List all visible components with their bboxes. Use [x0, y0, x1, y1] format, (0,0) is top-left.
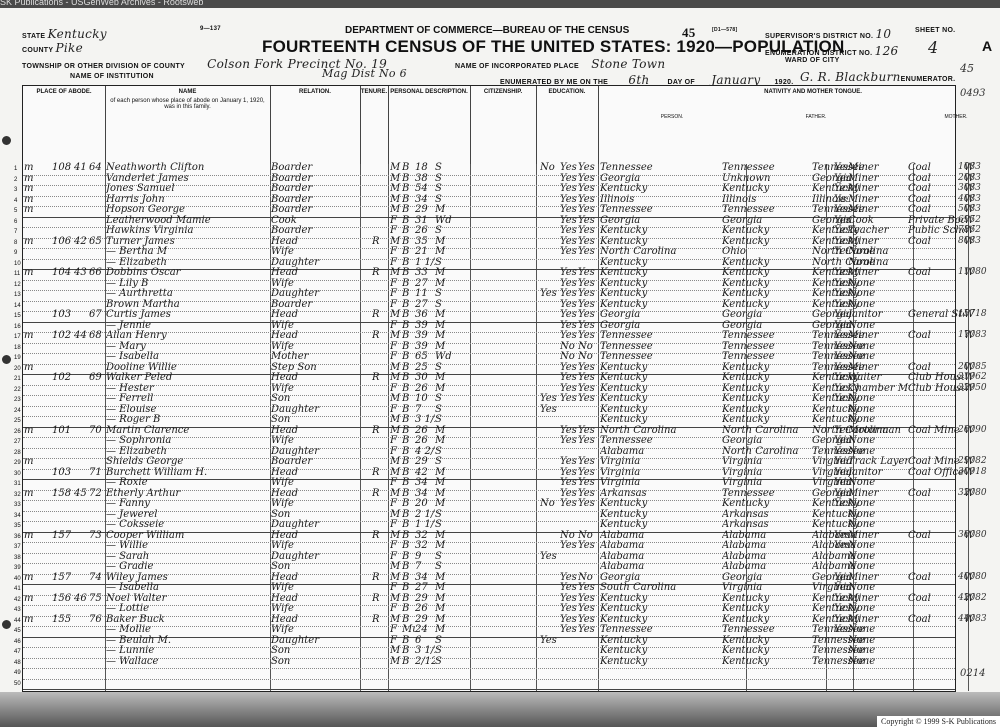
cell-marital: S [435, 404, 455, 415]
cell-fpob: Alabama [722, 561, 822, 572]
cell-fpob: Georgia [722, 320, 822, 331]
cell-rel: Cook [271, 215, 359, 226]
cell-race: B [402, 603, 415, 614]
line-number: 7 [14, 229, 17, 235]
cell-school: Yes [540, 288, 560, 299]
cell-rel: Daughter [271, 519, 359, 530]
line-number: 11 [14, 271, 20, 277]
cell-rel: Daughter [271, 551, 359, 562]
cell-street: m [24, 330, 38, 341]
line-number: 44 [14, 618, 21, 624]
cell-school: Yes [540, 393, 560, 404]
cell-fpob: Georgia [722, 435, 822, 446]
cell-industry: Public School [908, 225, 964, 236]
cell-name: — Mary [106, 341, 269, 352]
cell-rel: Head [271, 530, 359, 541]
cell-sex: M [390, 173, 402, 184]
cell-fpob: Georgia [722, 215, 822, 226]
cell-read: Yes [560, 236, 578, 247]
occupation-code: 4083 [958, 194, 981, 204]
cell-age: 29 [415, 614, 435, 625]
occupation-code: 1083 [958, 162, 981, 172]
cell-sex: M [390, 309, 402, 320]
cell-tenure: R [372, 530, 386, 541]
cell-eng: Yes [834, 477, 848, 488]
cell-race: B [402, 551, 415, 562]
cell-write: Yes [578, 362, 596, 373]
cell-read: No [560, 530, 578, 541]
cell-fpob: Kentucky [722, 183, 822, 194]
cell-write: Yes [578, 225, 596, 236]
cell-pob: North Carolina [600, 246, 700, 257]
cell-race: Mu [402, 624, 415, 635]
cell-fpob: Kentucky [722, 288, 822, 299]
cell-marital: M [435, 467, 455, 478]
cell-fpob: Kentucky [722, 414, 822, 425]
cell-pob: Virginia [600, 467, 700, 478]
cell-age: 9 [415, 551, 435, 562]
cell-marital: S [435, 446, 455, 457]
cell-fpob: Virginia [722, 477, 822, 488]
cell-sex: F [390, 540, 402, 551]
cell-race: B [402, 498, 415, 509]
line-number: 40 [14, 576, 21, 582]
cell-name: — Coksseie [106, 519, 269, 530]
cell-dwelling: 156 [52, 593, 74, 604]
cell-industry: Coal [908, 267, 964, 278]
cell-visit: 65 [89, 236, 104, 247]
cell-eng: Yes [834, 582, 848, 593]
cell-trade: None [848, 257, 908, 268]
cell-marital: M [435, 614, 455, 625]
cell-race: B [402, 488, 415, 499]
cell-fpob: Georgia [722, 572, 822, 583]
cell-race: B [402, 194, 415, 205]
cell-marital: M [435, 603, 455, 614]
cell-age: 65 [415, 351, 435, 362]
cell-age: 38 [415, 173, 435, 184]
cell-pob: Tennessee [600, 624, 700, 635]
cell-eng: Yes [834, 603, 848, 614]
cell-name: — Mollie [106, 624, 269, 635]
cell-industry: Coal [908, 173, 964, 184]
cell-sex: F [390, 404, 402, 415]
cell-rel: Head [271, 267, 359, 278]
cell-fpob: Alabama [722, 530, 822, 541]
cell-pob: Virginia [600, 477, 700, 488]
cell-fpob: Kentucky [722, 393, 822, 404]
cell-read: Yes [560, 183, 578, 194]
cell-race: B [402, 656, 415, 667]
cell-age: 27 [415, 278, 435, 289]
cell-eng: Yes [834, 173, 848, 184]
cell-trade: None [848, 603, 908, 614]
cell-pob: Kentucky [600, 225, 700, 236]
line-number: 35 [14, 523, 21, 529]
cell-race: B [402, 309, 415, 320]
cell-read: Yes [560, 246, 578, 257]
cell-write: Yes [578, 593, 596, 604]
cell-street: m [24, 488, 38, 499]
cell-fpob: Alabama [722, 551, 822, 562]
cell-age: 26 [415, 425, 435, 436]
cell-sex: F [390, 278, 402, 289]
cell-write: Yes [578, 467, 596, 478]
cell-marital: M [435, 582, 455, 593]
cell-age: 3 1/2 [415, 414, 435, 425]
line-number: 31 [14, 481, 21, 487]
cell-eng: Yes [834, 246, 848, 257]
cell-rel: Head [271, 572, 359, 583]
cell-eng: Yes [834, 624, 848, 635]
cell-rel: Daughter [271, 288, 359, 299]
census-title: FOURTEENTH CENSUS OF THE UNITED STATES: … [262, 37, 844, 57]
cell-rel: Wife [271, 246, 359, 257]
cell-read: Yes [560, 477, 578, 488]
cell-write: Yes [578, 582, 596, 593]
cell-race: B [402, 215, 415, 226]
cell-read: Yes [560, 593, 578, 604]
cell-marital: M [435, 498, 455, 509]
cell-eng: Yes [834, 204, 848, 215]
cell-pob: Illinois [600, 194, 700, 205]
cell-name: Harris John [106, 194, 269, 205]
cell-pob: Kentucky [600, 288, 700, 299]
cell-trade: Miner [848, 593, 908, 604]
cell-industry: Coal [908, 572, 964, 583]
cell-fpob: Tennessee [722, 162, 822, 173]
cell-pob: Alabama [600, 551, 700, 562]
cell-dwelling: 158 [52, 488, 74, 499]
cell-marital: S [435, 414, 455, 425]
cell-race: B [402, 614, 415, 625]
cell-age: 26 [415, 435, 435, 446]
cell-marital: M [435, 246, 455, 257]
cell-rel: Son [271, 414, 359, 425]
line-number: 4 [14, 198, 17, 204]
line-number: 24 [14, 408, 21, 414]
cell-read: Yes [560, 498, 578, 509]
cell-rel: Daughter [271, 257, 359, 268]
cell-name: — Elizabeth [106, 257, 269, 268]
cell-eng: Yes [834, 215, 848, 226]
cell-race: B [402, 320, 415, 331]
cell-rel: Boarder [271, 225, 359, 236]
cell-rel: Daughter [271, 635, 359, 646]
column-divider [388, 164, 389, 691]
cell-fpob: Kentucky [722, 603, 822, 614]
cell-pob: Kentucky [600, 278, 700, 289]
cell-age: 26 [415, 603, 435, 614]
cell-race: B [402, 582, 415, 593]
occupation-code: 20085 [958, 362, 987, 372]
cell-trade: None [848, 404, 908, 415]
occupation-code: 36080 [958, 530, 987, 540]
state-value: Kentucky [48, 27, 107, 41]
cell-fpob: Kentucky [722, 635, 822, 646]
cell-sex: M [390, 204, 402, 215]
cell-sex: M [390, 330, 402, 341]
cell-write: Yes [578, 330, 596, 341]
cell-age: 18 [415, 162, 435, 173]
cell-pob: Tennessee [600, 162, 700, 173]
cell-pob: Georgia [600, 309, 700, 320]
cell-rel: Mother [271, 351, 359, 362]
cell-name: — Roxie [106, 477, 269, 488]
occupation-code: 17083 [958, 330, 987, 340]
cell-marital: M [435, 341, 455, 352]
cell-visit: 74 [89, 572, 104, 583]
cell-sex: F [390, 477, 402, 488]
cell-write: Yes [578, 372, 596, 383]
cell-name: Shields George [106, 456, 269, 467]
cell-marital: S [435, 519, 455, 530]
cell-pob: Tennessee [600, 204, 700, 215]
cell-pob: Alabama [600, 446, 700, 457]
cell-write: Yes [578, 288, 596, 299]
cell-pob: Kentucky [600, 614, 700, 625]
column-divider [536, 164, 537, 691]
line-number: 41 [14, 586, 21, 592]
cell-fpob: Illinois [722, 194, 822, 205]
cell-visit: 66 [89, 267, 104, 278]
line-number: 17 [14, 334, 21, 340]
cell-eng: Yes [834, 225, 848, 236]
cell-tenure: R [372, 488, 386, 499]
cell-age: 34 [415, 194, 435, 205]
cell-pob: Kentucky [600, 404, 700, 415]
cell-name: — Aurthretta [106, 288, 269, 299]
cell-industry: Coal [908, 183, 964, 194]
cell-read: Yes [560, 456, 578, 467]
cell-rel: Boarder [271, 162, 359, 173]
punch-hole [2, 136, 11, 145]
cell-name: Allan Henry [106, 330, 269, 341]
header-personal: PERSONAL DESCRIPTION. [388, 86, 471, 164]
cell-rel: Wife [271, 477, 359, 488]
cell-trade: None [848, 624, 908, 635]
cell-name: — Elouise [106, 404, 269, 415]
cell-write: Yes [578, 614, 596, 625]
cell-visit: 67 [89, 309, 104, 320]
cell-trade: Motorman [848, 425, 908, 436]
cell-trade: Miner [848, 236, 908, 247]
cell-rel: Wife [271, 624, 359, 635]
column-divider [360, 164, 361, 691]
cell-write: Yes [578, 603, 596, 614]
cell-rel: Daughter [271, 446, 359, 457]
cell-sex: M [390, 162, 402, 173]
cell-sex: F [390, 225, 402, 236]
cell-trade: Chamber Maid [848, 383, 908, 394]
cell-write: Yes [578, 236, 596, 247]
cell-race: B [402, 561, 415, 572]
cell-marital: M [435, 477, 455, 488]
cell-pob: Kentucky [600, 393, 700, 404]
cell-pob: Kentucky [600, 645, 700, 656]
cell-pob: South Carolina [600, 582, 700, 593]
cell-age: 39 [415, 330, 435, 341]
cell-trade: Miner [848, 173, 908, 184]
cell-trade: None [848, 278, 908, 289]
cell-school: No [540, 498, 560, 509]
cell-rel: Head [271, 372, 359, 383]
cell-eng: Yes [834, 530, 848, 541]
cell-read: Yes [560, 624, 578, 635]
line-number: 37 [14, 544, 21, 550]
cell-pob: Tennessee [600, 435, 700, 446]
cell-race: B [402, 414, 415, 425]
cell-write: Yes [578, 477, 596, 488]
cell-street: m [24, 194, 38, 205]
cell-visit: 68 [89, 330, 104, 341]
line-number: 26 [14, 429, 21, 435]
cell-sex: F [390, 215, 402, 226]
cell-name: Leatherwood Mamie [106, 215, 269, 226]
cell-age: 29 [415, 593, 435, 604]
cell-name: Vanderlet James [106, 173, 269, 184]
cell-read: Yes [560, 603, 578, 614]
cell-sex: M [390, 645, 402, 656]
cell-rel: Wife [271, 435, 359, 446]
cell-race: B [402, 467, 415, 478]
cell-marital: S [435, 194, 455, 205]
cell-marital: M [435, 320, 455, 331]
cell-marital: M [435, 309, 455, 320]
cell-street: m [24, 593, 38, 604]
cell-visit: 75 [89, 593, 104, 604]
cell-trade: Janitor [848, 467, 908, 478]
cell-visit: 72 [89, 488, 104, 499]
cell-fpob: Kentucky [722, 498, 822, 509]
header-citizenship: CITIZENSHIP. [470, 86, 537, 164]
cell-write: Yes [578, 393, 596, 404]
line-number: 39 [14, 565, 21, 571]
cell-eng: Yes [834, 236, 848, 247]
cell-marital: S [435, 393, 455, 404]
cell-pob: Tennessee [600, 351, 700, 362]
cell-sex: F [390, 551, 402, 562]
cell-write: Yes [578, 246, 596, 257]
occupation-code: 44083 [958, 614, 987, 624]
cell-fpob: Virginia [722, 582, 822, 593]
cell-eng: Yes [834, 572, 848, 583]
cell-name: — Isabella [106, 351, 269, 362]
cell-race: B [402, 540, 415, 551]
cell-name: — Jennie [106, 320, 269, 331]
cell-street: m [24, 572, 38, 583]
cell-trade: None [848, 414, 908, 425]
cell-dwelling: 155 [52, 614, 74, 625]
cell-fpob: Kentucky [722, 225, 822, 236]
cell-name: — Wallace [106, 656, 269, 667]
cell-race: B [402, 645, 415, 656]
cell-race: B [402, 299, 415, 310]
cell-race: B [402, 341, 415, 352]
line-number: 47 [14, 649, 21, 655]
cell-industry: Club House [908, 383, 964, 394]
occupation-code: 6952 [958, 215, 981, 225]
cell-trade: Cook [848, 215, 908, 226]
cell-marital: S [435, 645, 455, 656]
row-divider [23, 689, 955, 690]
cell-fpob: Tennessee [722, 351, 822, 362]
cell-pob: Virginia [600, 456, 700, 467]
cell-rel: Boarder [271, 173, 359, 184]
cell-tenure: R [372, 572, 386, 583]
cell-trade: None [848, 635, 908, 646]
line-number: 16 [14, 324, 21, 330]
cell-age: 26 [415, 383, 435, 394]
cell-write: Yes [578, 309, 596, 320]
cell-pob: Kentucky [600, 267, 700, 278]
cell-fpob: Tennessee [722, 330, 822, 341]
cell-fpob: Kentucky [722, 267, 822, 278]
line-number: 25 [14, 418, 21, 424]
county-field: COUNTY Pike [22, 41, 83, 55]
page-bottom-edge [0, 692, 1000, 727]
cell-write: Yes [578, 456, 596, 467]
cell-sex: F [390, 603, 402, 614]
cell-marital: M [435, 488, 455, 499]
cell-sex: M [390, 393, 402, 404]
cell-marital: M [435, 267, 455, 278]
cell-sex: M [390, 572, 402, 583]
cell-name: Turner James [106, 236, 269, 247]
occupation-code: 26090 [958, 425, 987, 435]
cell-rel: Boarder [271, 194, 359, 205]
punch-hole [2, 355, 11, 364]
cell-rel: Son [271, 393, 359, 404]
cell-write: Yes [578, 435, 596, 446]
cell-age: 1 1/12 [415, 519, 435, 530]
cell-fpob: Kentucky [722, 236, 822, 247]
cell-age: 39 [415, 341, 435, 352]
cell-race: B [402, 236, 415, 247]
cell-read: No [560, 341, 578, 352]
cell-age: 32 [415, 540, 435, 551]
occupation-code: 15718 [958, 309, 987, 319]
cell-rel: Boarder [271, 204, 359, 215]
cell-school: No [540, 162, 560, 173]
cell-read: Yes [560, 215, 578, 226]
cell-industry: Coal Mine [908, 425, 964, 436]
cell-pob: Kentucky [600, 372, 700, 383]
cell-race: B [402, 362, 415, 373]
cell-sex: M [390, 425, 402, 436]
sheet-number: 4 [928, 38, 938, 57]
cell-name: Martin Clarence [106, 425, 269, 436]
cell-race: B [402, 404, 415, 415]
cell-trade: None [848, 656, 908, 667]
cell-eng: Yes [834, 299, 848, 310]
cell-age: 34 [415, 488, 435, 499]
cell-name: — Willie [106, 540, 269, 551]
cell-trade: Miner [848, 572, 908, 583]
cell-name: Cooper William [106, 530, 269, 541]
cell-name: — Beulah M. [106, 635, 269, 646]
cell-marital: Wd [435, 215, 455, 226]
cell-eng: Yes [834, 330, 848, 341]
cell-read: Yes [560, 330, 578, 341]
cell-fpob: Tennessee [722, 624, 822, 635]
cell-read: Yes [560, 582, 578, 593]
cell-write: Yes [578, 624, 596, 635]
cell-tenure: R [372, 309, 386, 320]
cell-race: B [402, 593, 415, 604]
cell-pob: Georgia [600, 173, 700, 184]
cell-marital: S [435, 225, 455, 236]
